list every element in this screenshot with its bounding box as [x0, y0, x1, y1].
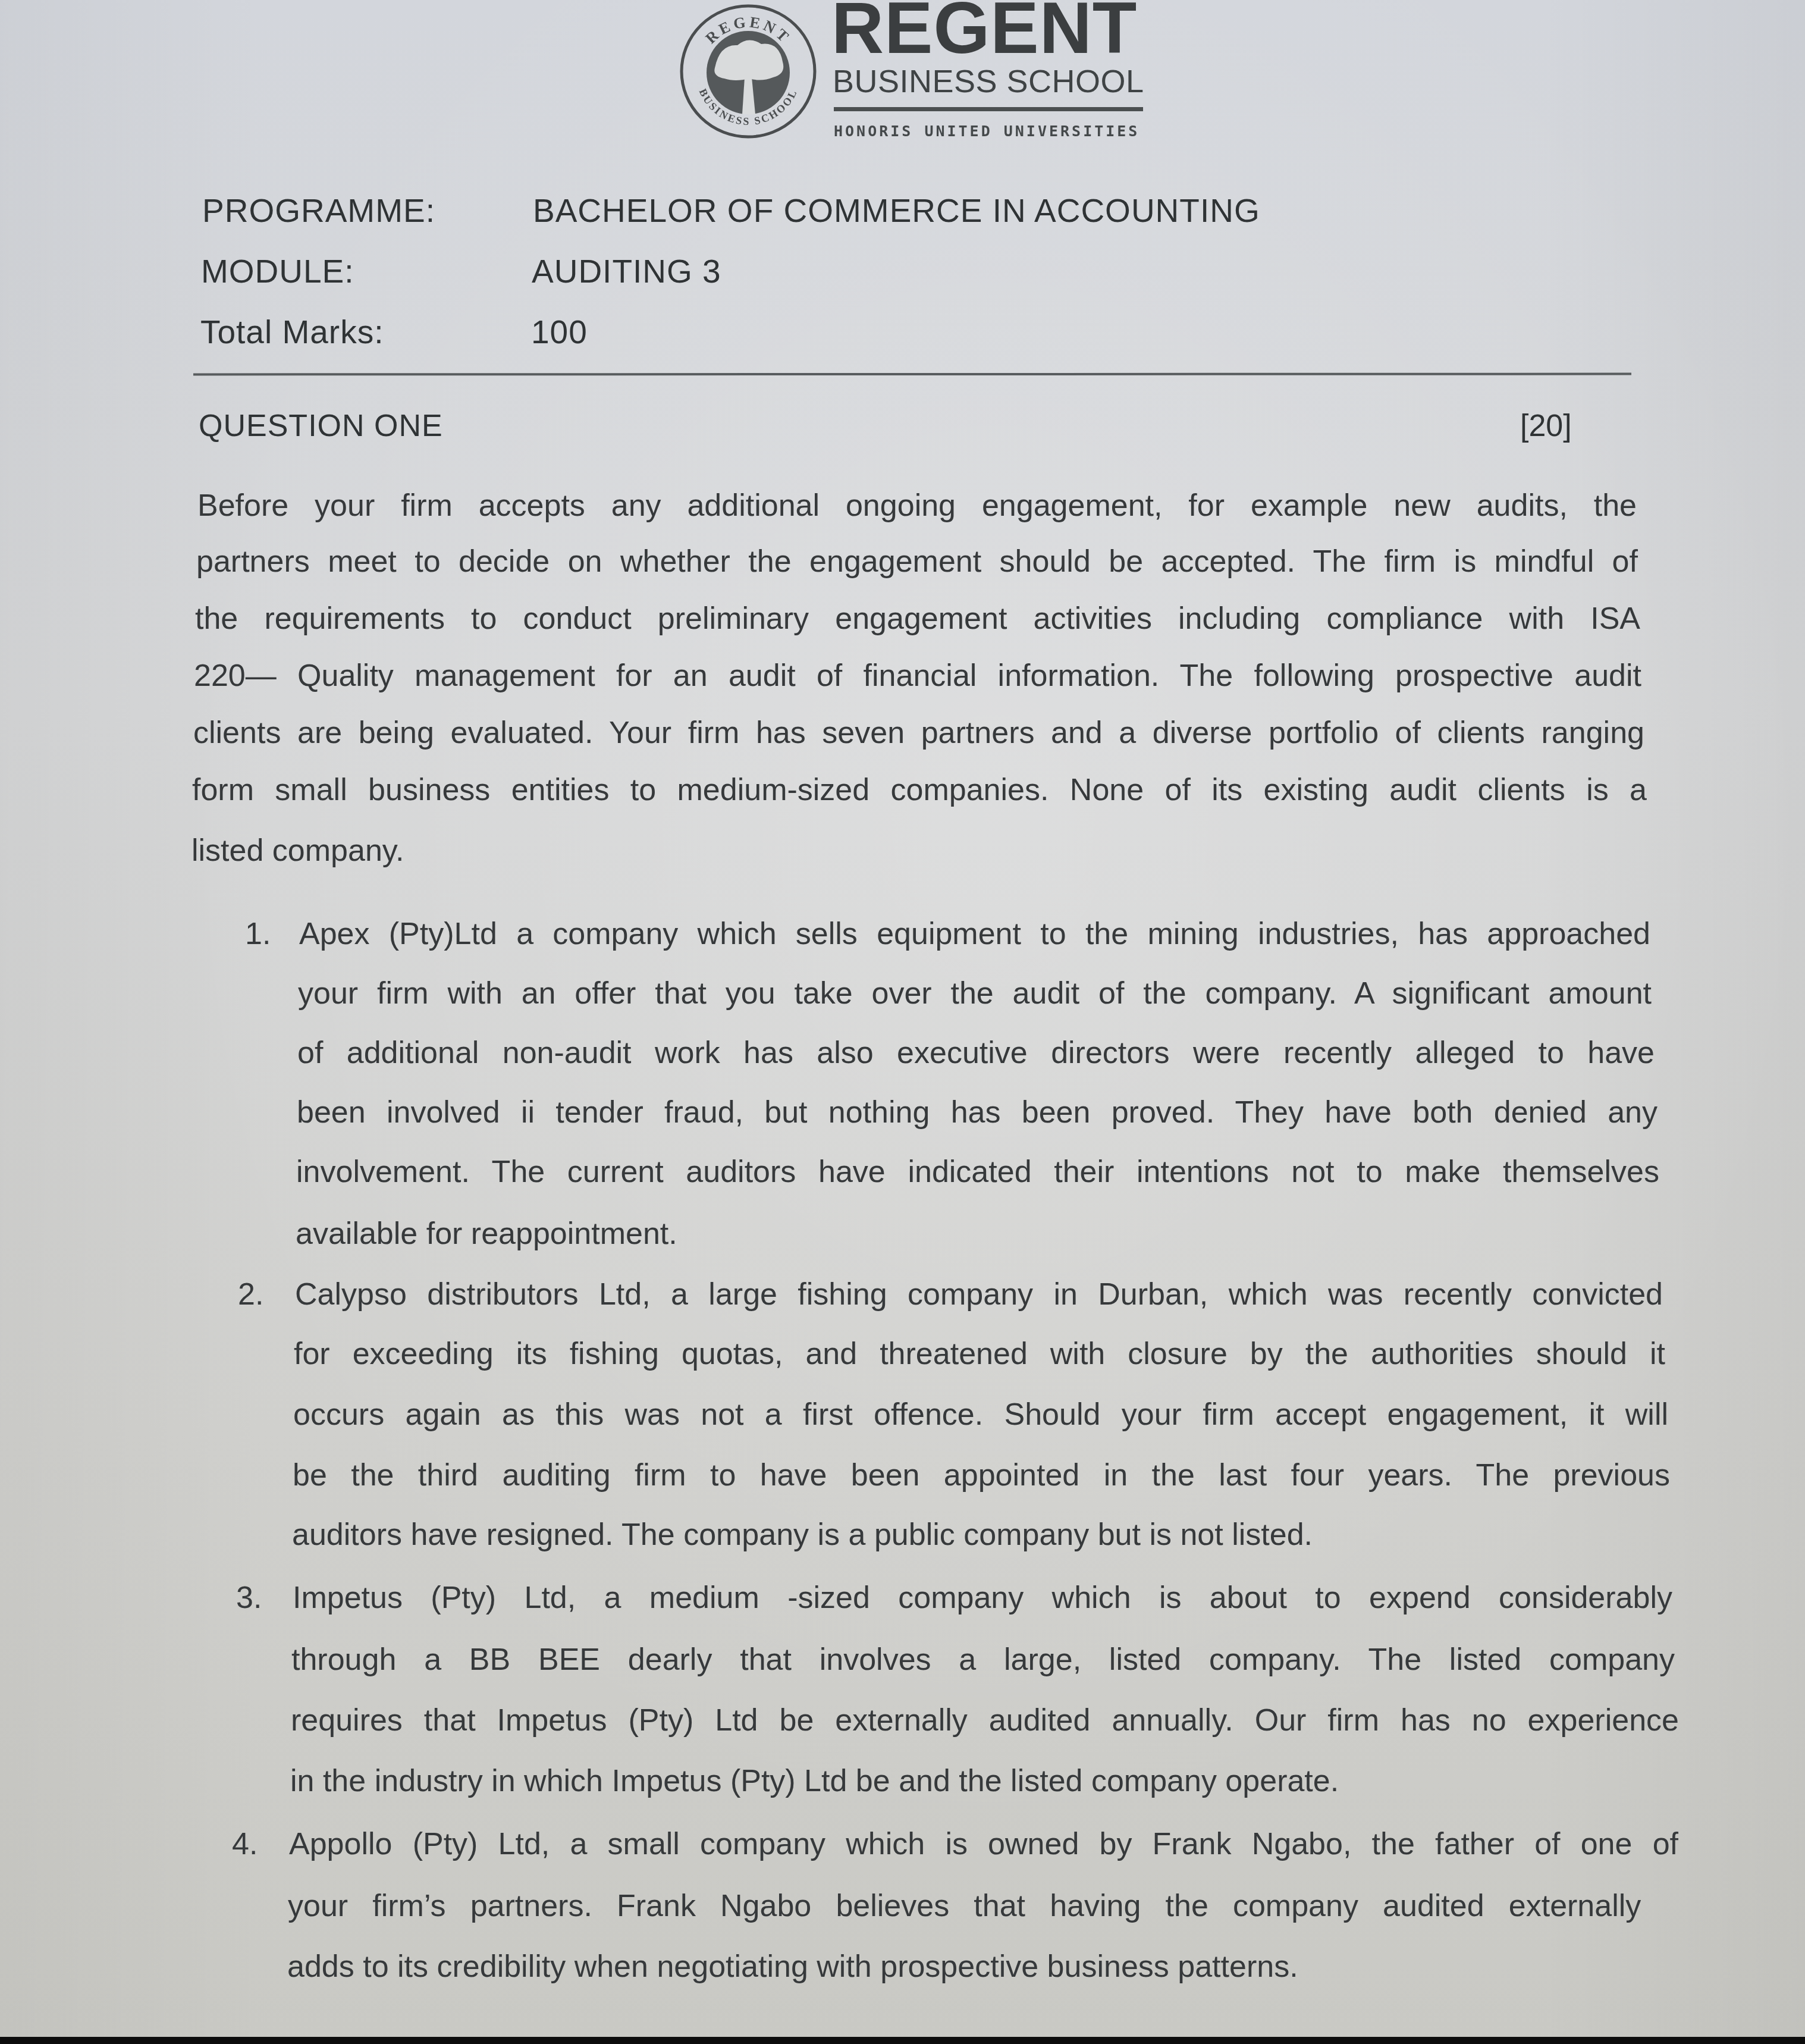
intro-line: form small business entities to medium-s…	[192, 772, 1647, 808]
list-item-line: requires that Impetus (Pty) Ltd be exter…	[291, 1703, 1679, 1738]
list-item-line: through a BB BEE dearly that involves a …	[291, 1642, 1675, 1678]
programme-label: PROGRAMME:	[202, 192, 435, 230]
logo-subtitle: BUSINESS SCHOOL	[833, 65, 1144, 98]
list-item-line: for exceeding its fishing quotas, and th…	[294, 1336, 1665, 1372]
logo-tagline: HONORIS UNITED UNIVERSITIES	[834, 123, 1139, 140]
list-item-number: 2.	[238, 1277, 263, 1312]
module-label: MODULE:	[201, 252, 354, 290]
intro-line: Before your firm accepts any additional …	[197, 488, 1637, 523]
photo-bottom-edge	[0, 2037, 1805, 2044]
list-item-line: be the third auditing firm to have been …	[293, 1457, 1670, 1493]
list-item-number: 4.	[232, 1826, 258, 1862]
list-item-line: of additional non-audit work has also ex…	[297, 1035, 1655, 1071]
list-item-line: been involved ii tender fraud, but nothi…	[297, 1095, 1658, 1130]
list-item-line: Apex (Pty)Ltd a company which sells equi…	[299, 916, 1650, 952]
list-item-line: adds to its credibility when negotiating…	[287, 1949, 1298, 1985]
question-title: QUESTION ONE	[199, 408, 443, 444]
intro-line: listed company.	[192, 833, 404, 869]
list-item-line: Impetus (Pty) Ltd, a medium -sized compa…	[293, 1580, 1672, 1616]
intro-line: 220— Quality management for an audit of …	[194, 658, 1641, 694]
list-item-line: Appollo (Pty) Ltd, a small company which…	[289, 1826, 1678, 1862]
list-item-line: your firm’s partners. Frank Ngabo believ…	[288, 1888, 1641, 1924]
list-item-number: 1.	[245, 916, 271, 952]
total-marks-value: 100	[531, 313, 588, 351]
list-item-line: occurs again as this was not a first off…	[293, 1397, 1668, 1432]
question-marks: [20]	[1520, 408, 1572, 444]
logo-divider	[834, 107, 1143, 111]
list-item-line: available for reappointment.	[296, 1216, 677, 1252]
tree-icon: REGENT BUSINESS SCHOOL	[678, 2, 818, 140]
programme-value: BACHELOR OF COMMERCE IN ACCOUNTING	[533, 192, 1260, 230]
list-item-line: auditors have resigned. The company is a…	[292, 1517, 1313, 1553]
intro-line: partners meet to decide on whether the e…	[196, 544, 1638, 579]
module-value: AUDITING 3	[532, 252, 721, 290]
logo-title: REGENT	[831, 0, 1137, 64]
list-item-line: Calypso distributors Ltd, a large fishin…	[295, 1277, 1663, 1312]
header-divider	[193, 373, 1631, 376]
list-item-line: your firm with an offer that you take ov…	[298, 976, 1652, 1011]
list-item-number: 3.	[236, 1580, 262, 1616]
intro-line: the requirements to conduct preliminary …	[195, 601, 1640, 637]
list-item-line: involvement. The current auditors have i…	[296, 1154, 1659, 1190]
intro-line: clients are being evaluated. Your firm h…	[193, 715, 1644, 751]
list-item-line: in the industry in which Impetus (Pty) L…	[290, 1763, 1339, 1799]
total-marks-label: Total Marks:	[200, 313, 384, 351]
